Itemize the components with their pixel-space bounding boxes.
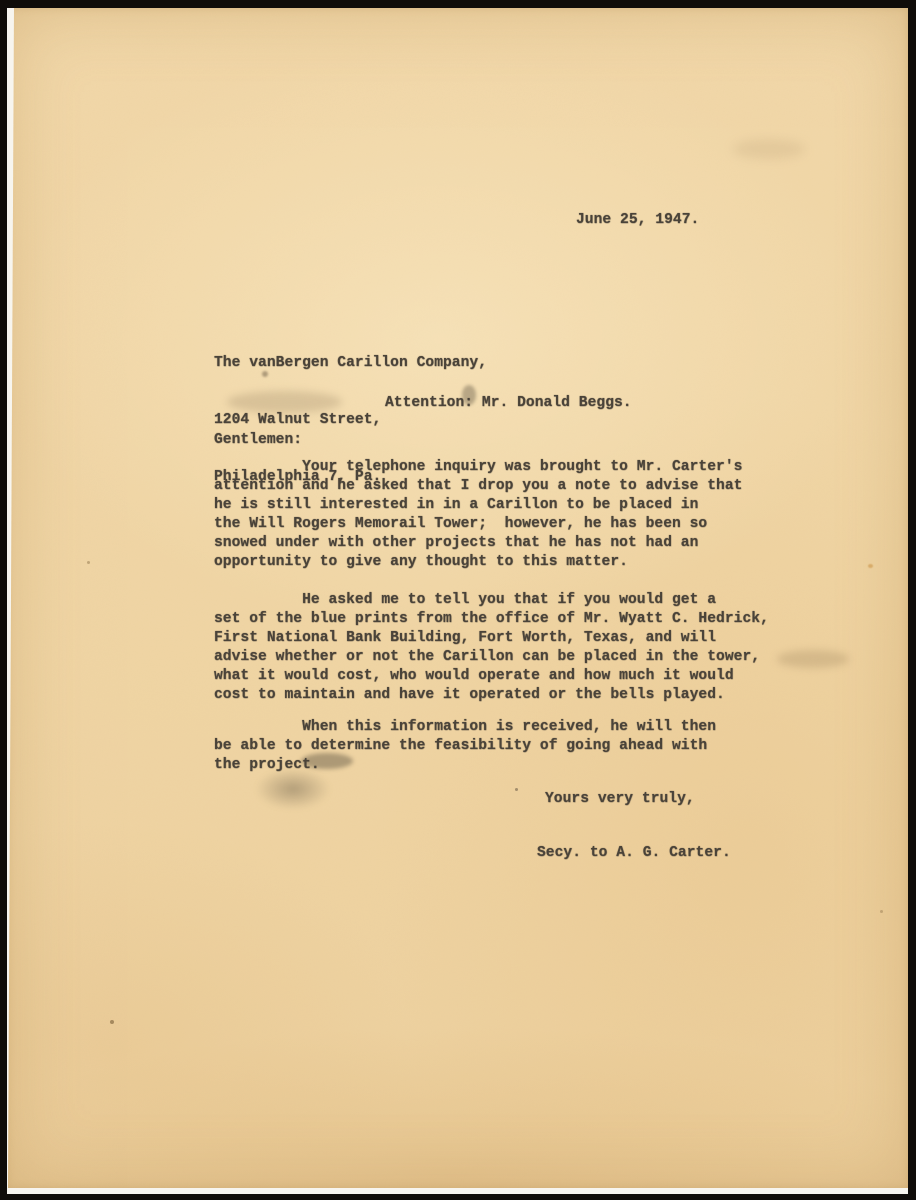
- body-paragraph-2: He asked me to tell you that if you woul…: [214, 591, 769, 705]
- scanned-letter-page: June 25, 1947. The vanBergen Carillon Co…: [0, 0, 916, 1200]
- recipient-street-line: 1204 Walnut Street,: [214, 411, 487, 430]
- letter-paper: June 25, 1947. The vanBergen Carillon Co…: [7, 8, 908, 1188]
- paper-speck: [880, 910, 883, 913]
- signature-line: Secy. to A. G. Carter.: [537, 844, 731, 863]
- salutation: Gentlemen:: [214, 431, 302, 450]
- paper-speck: [868, 564, 873, 568]
- paper-speck: [87, 561, 90, 564]
- paper-speck: [515, 788, 518, 791]
- body-paragraph-1: Your telephone inquiry was brought to Mr…: [214, 458, 742, 572]
- paper-speck: [110, 1020, 114, 1024]
- attention-line: Attention: Mr. Donald Beggs.: [385, 394, 632, 413]
- ghost-text-smudge: [777, 650, 849, 668]
- letter-date: June 25, 1947.: [576, 211, 699, 230]
- body-paragraph-3: When this information is received, he wi…: [214, 718, 716, 775]
- faint-corner-smudge: [733, 139, 805, 159]
- complimentary-closing: Yours very truly,: [545, 790, 695, 809]
- recipient-company-line: The vanBergen Carillon Company,: [214, 354, 487, 373]
